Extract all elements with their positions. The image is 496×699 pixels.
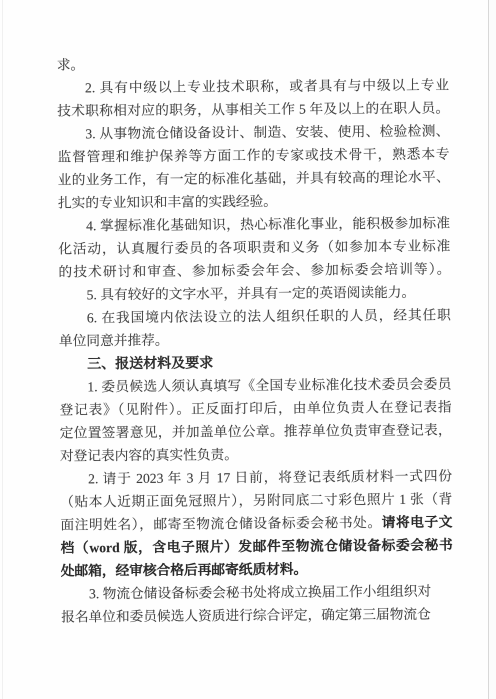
doc-line: 2. 具有中级以上专业技术职称，或者具有与中级以上专业 [57,73,449,99]
doc-line: 监督管理和维护保养等方面工作的专家或技术骨干，熟悉本专 [57,142,449,168]
page-left-edge-line [2,0,3,699]
doc-line: 求。 [57,50,449,76]
doc-line: 化活动，认真履行委员的各项职责和义务（如参加本专业标准 [58,234,450,260]
doc-line: 业的业务工作，有一定的标准化基础，并具有较高的理论水平、 [58,165,450,191]
doc-line: 单位同意并推荐。 [59,326,451,352]
doc-line: 5. 具有较好的文字水平，并具有一定的英语阅读能力。 [59,280,451,306]
doc-line: 定位置签署意见，并加盖单位公章。推荐单位负责审查登记表， [60,418,452,444]
document-body: 求。 2. 具有中级以上专业技术职称，或者具有与中级以上专业 技术职称相对应的职… [57,50,454,628]
doc-line: 处邮箱，经审核合格后再邮寄纸质材料。 [61,556,453,582]
doc-line: 2. 请于 2023 年 3 月 17 日前，将登记表纸质材料一式四份 [60,464,452,490]
doc-line: 3. 从事物流仓储设备设计、制造、安装、使用、检验检测、 [57,119,449,145]
doc-line: （贴本人近期正面免冠照片），另附同底二寸彩色照片 1 张（背 [60,487,452,513]
doc-text-bold-run: 请将电子文 [382,514,453,530]
doc-line: 4. 掌握标准化基础知识，热心标准化事业，能积极参加标准 [58,211,450,237]
doc-line: 3. 物流仓储设备标委会秘书处将成立换届工作小组组织对 [61,579,453,605]
page-right-edge-strip [489,0,496,699]
page-right-edge-line [488,0,489,699]
doc-line: 档（word 版，含电子照片）发邮件至物流仓储设备标委会秘书 [61,533,453,559]
doc-line: 1. 委员候选人须认真填写《全国专业标准化技术委员会委员 [59,372,451,398]
doc-line: 面注明姓名），邮寄至物流仓储设备标委会秘书处。请将电子文 [60,510,452,536]
doc-line: 6. 在我国境内依法设立的法人组织任职的人员，经其任职 [59,303,451,329]
section-heading: 三、报送材料及要求 [59,349,451,375]
doc-line: 的技术研讨和审查、参加标委会年会、参加标委会培训等）。 [58,257,450,283]
doc-line: 技术职称相对应的职务，从事相关工作 5 年及以上的在职人员。 [57,96,449,122]
doc-line: 登记表》（见附件）。正反面打印后，由单位负责人在登记表指 [59,395,451,421]
doc-line: 扎实的专业知识和丰富的实践经验。 [58,188,450,214]
scanned-document-page: 求。 2. 具有中级以上专业技术职称，或者具有与中级以上专业 技术职称相对应的职… [0,0,496,699]
doc-line: 报名单位和委员候选人资质进行综合评定，确定第三届物流仓 [61,602,453,628]
doc-line: 对登记表内容的真实性负责。 [60,441,452,467]
doc-text-run: 面注明姓名），邮寄至物流仓储设备标委会秘书处。 [60,515,381,533]
